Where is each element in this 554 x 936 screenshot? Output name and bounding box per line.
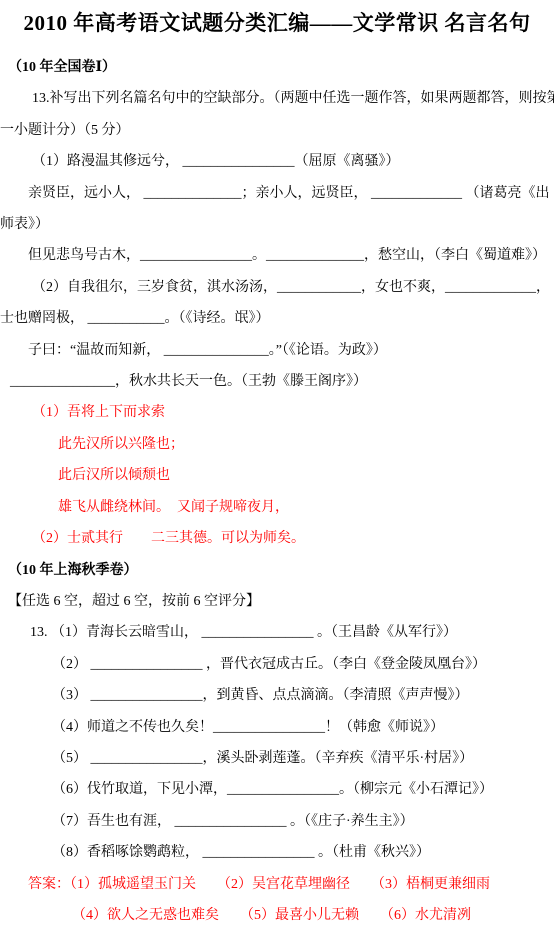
q13-item1-shudaonan-line: 但见悲鸟号古木，________________。______________，… <box>0 240 554 271</box>
q13-item2-meng-line1: （2）自我徂尔，三岁食贫，淇水汤汤，____________，女也不爽，____… <box>0 272 554 303</box>
shanghai-scoring-instruction: 【任选 6 空，超过 6 空，按前 6 空评分】 <box>0 586 554 617</box>
q13-item2-lunyu-line: 子曰：“温故而知新， _______________。”（《论语。为政》） <box>0 335 554 366</box>
document-page: 2010 年高考语文试题分类汇编——文学常识 名言名句 （10 年全国卷Ⅰ） 1… <box>0 0 554 931</box>
sh-q13-item3-shengshengman: （3） ________________，到黄昏、点点滴滴。（李清照《声声慢》） <box>0 680 554 711</box>
sh-q13-item2-fenghuangtai: （2） ________________ ，晋代衣冠成古丘。（李白《登金陵凤凰台… <box>0 649 554 680</box>
answer-item1-line3: 此后汉所以倾颓也 <box>0 460 554 491</box>
sh-q13-item6-xiaoshitanji: （6）伐竹取道，下见小潭，________________。（柳宗元《小石潭记》… <box>0 774 554 805</box>
q13-item1-lisao-line: （1）路漫温其修远兮， ________________（屈原《离骚》） <box>0 146 554 177</box>
q13-item2-meng-line2: 士也赠罔极， ___________。（《诗经。氓》） <box>0 303 554 334</box>
answer-item1-line1: （1）吾将上下而求索 <box>0 397 554 428</box>
q13-item2-tengwanggexu-line: _______________，秋水共长天一色。（王勃《滕王阁序》） <box>0 366 554 397</box>
section-header-national-vol1: （10 年全国卷Ⅰ） <box>0 52 554 83</box>
sh-q13-item1-congjunxing: 13. （1）青海长云暗雪山， ________________ 。（王昌龄《从… <box>0 617 554 648</box>
sh-q13-item4-shishuo: （4）师道之不传也久矣！________________！（韩愈《师说》） <box>0 712 554 743</box>
sh-q13-item5-qingpingle: （5） ________________，溪头卧剥莲蓬。（辛弃疾《清平乐·村居》… <box>0 743 554 774</box>
q13-instruction-line2: 一小题计分）（5 分） <box>0 115 554 146</box>
sh-q13-item7-zhuangzi: （7）吾生也有涯， ________________ 。（《庄子·养生主》） <box>0 806 554 837</box>
answer-item1-line2: 此先汉所以兴隆也； <box>0 429 554 460</box>
document-title: 2010 年高考语文试题分类汇编——文学常识 名言名句 <box>0 0 554 40</box>
sh-answers-line1: 答案：（1）孤城遥望玉门关 （2）吴宫花草埋幽径 （3）梧桐更兼细雨 <box>0 869 554 900</box>
sh-answers-line2: （4）欲人之无惑也难矣 （5）最喜小儿无赖 （6）水尤清冽 <box>0 900 554 931</box>
answer-item1-line4: 雄飞从雌绕林间。 又闻子规啼夜月， <box>0 492 554 523</box>
q13-instruction-line1: 13.补写出下列名篇名句中的空缺部分。（两题中任选一题作答，如果两题都答，则按第 <box>0 83 554 114</box>
sh-q13-item8-qiuxing: （8）香稻啄馀鹦鹉粒， ________________ 。（杜甫《秋兴》） <box>0 837 554 868</box>
answer-item2-line: （2）士贰其行 二三其德。可以为师矣。 <box>0 523 554 554</box>
section-header-shanghai-autumn: （10 年上海秋季卷） <box>0 555 554 586</box>
q13-item1-chushibiao-cont: 师表》） <box>0 209 554 240</box>
q13-item1-chushibiao-line: 亲贤臣，远小人， ______________；亲小人，远贤臣， _______… <box>0 178 554 209</box>
